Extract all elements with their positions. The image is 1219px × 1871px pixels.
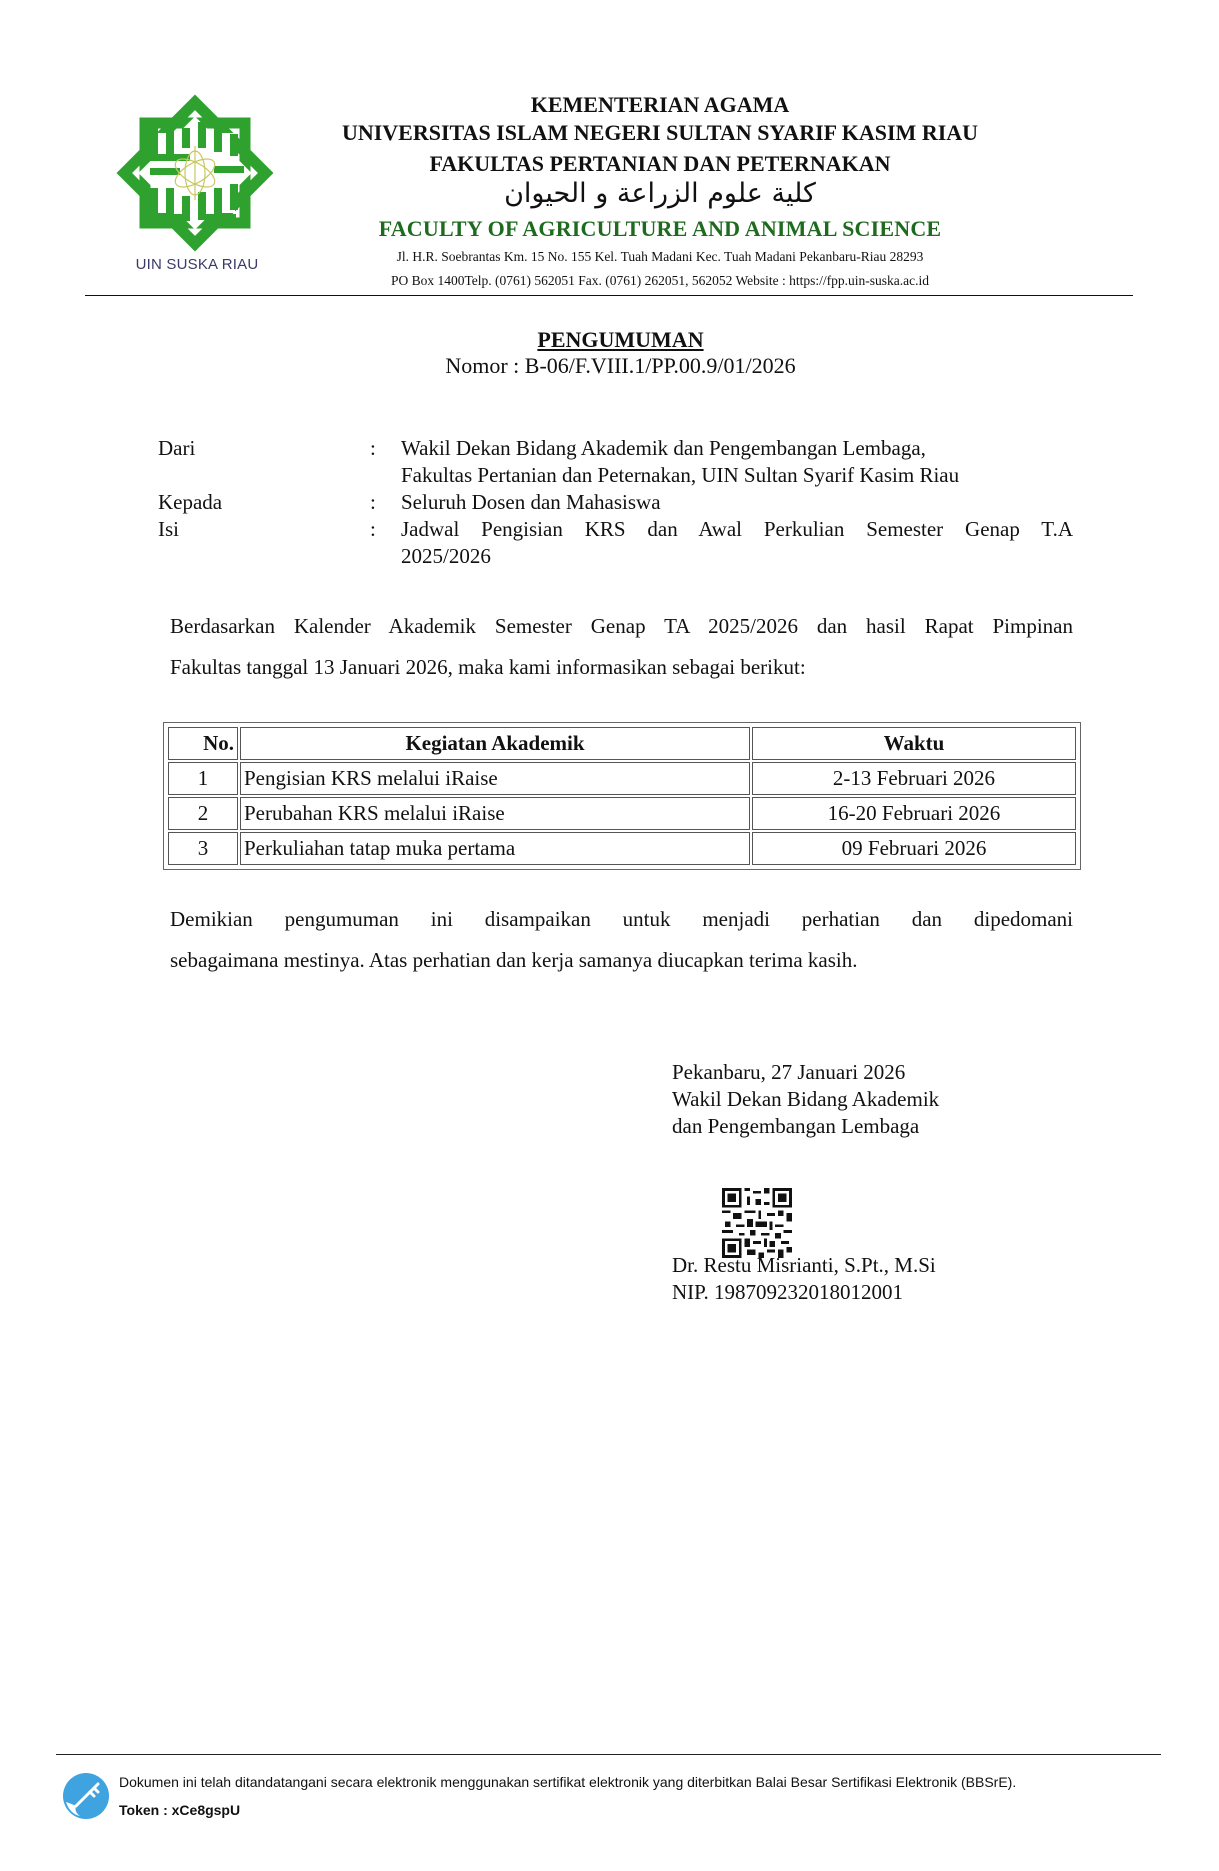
footer-divider [56,1754,1161,1755]
from-value-line2: Fakultas Pertanian dan Peternakan, UIN S… [401,463,1073,488]
header-divider [85,295,1133,296]
closing-line2: sebagaimana mestinya. Atas perhatian dan… [170,948,1073,973]
faculty-contact: PO Box 1400Telp. (0761) 562051 Fax. (076… [290,273,1030,289]
column-header-no: No. [168,727,238,760]
subject-label: Isi [158,517,179,542]
row-time: 2-13 Februari 2026 [752,762,1076,795]
subject-value-line1: Jadwal Pengisian KRS dan Awal Perkulian … [401,517,1073,542]
table-row: 3 Perkuliahan tatap muka pertama 09 Febr… [168,832,1076,865]
to-colon: : [370,490,376,515]
document-number: Nomor : B-06/F.VIII.1/PP.00.9/01/2026 [0,353,1219,379]
university-name: UNIVERSITAS ISLAM NEGERI SULTAN SYARIF K… [290,120,1030,146]
row-activity: Perkuliahan tatap muka pertama [240,832,750,865]
subject-colon: : [370,517,376,542]
row-no: 1 [168,762,238,795]
row-time: 16-20 Februari 2026 [752,797,1076,830]
faculty-name-english: FACULTY OF AGRICULTURE AND ANIMAL SCIENC… [290,216,1030,242]
intro-line2: Fakultas tanggal 13 Januari 2026, maka k… [170,655,1073,680]
column-header-time: Waktu [752,727,1076,760]
row-no: 2 [168,797,238,830]
from-value-line1: Wakil Dekan Bidang Akademik dan Pengemba… [401,436,1073,461]
row-activity: Pengisian KRS melalui iRaise [240,762,750,795]
closing-line1: Demikian pengumuman ini disampaikan untu… [170,907,1073,932]
faculty-name: FAKULTAS PERTANIAN DAN PETERNAKAN [290,151,1030,177]
ministry-name: KEMENTERIAN AGAMA [290,92,1030,118]
faculty-address: Jl. H.R. Soebrantas Km. 15 No. 155 Kel. … [290,249,1030,265]
table-row: 1 Pengisian KRS melalui iRaise 2-13 Febr… [168,762,1076,795]
subject-value-line2: 2025/2026 [401,544,1073,569]
column-header-activity: Kegiatan Akademik [240,727,750,760]
from-label: Dari [158,436,195,461]
signature-place-date: Pekanbaru, 27 Januari 2026 [672,1060,905,1085]
schedule-table: No. Kegiatan Akademik Waktu 1 Pengisian … [163,722,1081,870]
signature-position-line1: Wakil Dekan Bidang Akademik [672,1087,939,1112]
faculty-name-arabic: كلية علوم الزراعة و الحيوان [290,178,1030,209]
row-activity: Perubahan KRS melalui iRaise [240,797,750,830]
row-no: 3 [168,832,238,865]
signatory-name: Dr. Restu Misrianti, S.Pt., M.Si [672,1253,936,1278]
logo-caption: UIN SUSKA RIAU [112,256,282,273]
table-header-row: No. Kegiatan Akademik Waktu [168,727,1076,760]
table-row: 2 Perubahan KRS melalui iRaise 16-20 Feb… [168,797,1076,830]
row-time: 09 Februari 2026 [752,832,1076,865]
to-value: Seluruh Dosen dan Mahasiswa [401,490,1073,515]
from-colon: : [370,436,376,461]
intro-line1: Berdasarkan Kalender Akademik Semester G… [170,614,1073,639]
to-label: Kepada [158,490,222,515]
signature-qr-code [722,1188,792,1258]
signatory-nip: NIP. 198709232018012001 [672,1280,903,1305]
e-signature-notice: Dokumen ini telah ditandatangani secara … [119,1774,1016,1790]
e-signature-token: Token : xCe8gspU [119,1802,240,1818]
university-logo [110,88,280,258]
signature-position-line2: dan Pengembangan Lembaga [672,1114,919,1139]
bsre-key-icon [62,1772,110,1820]
document-title: PENGUMUMAN [0,327,1219,353]
